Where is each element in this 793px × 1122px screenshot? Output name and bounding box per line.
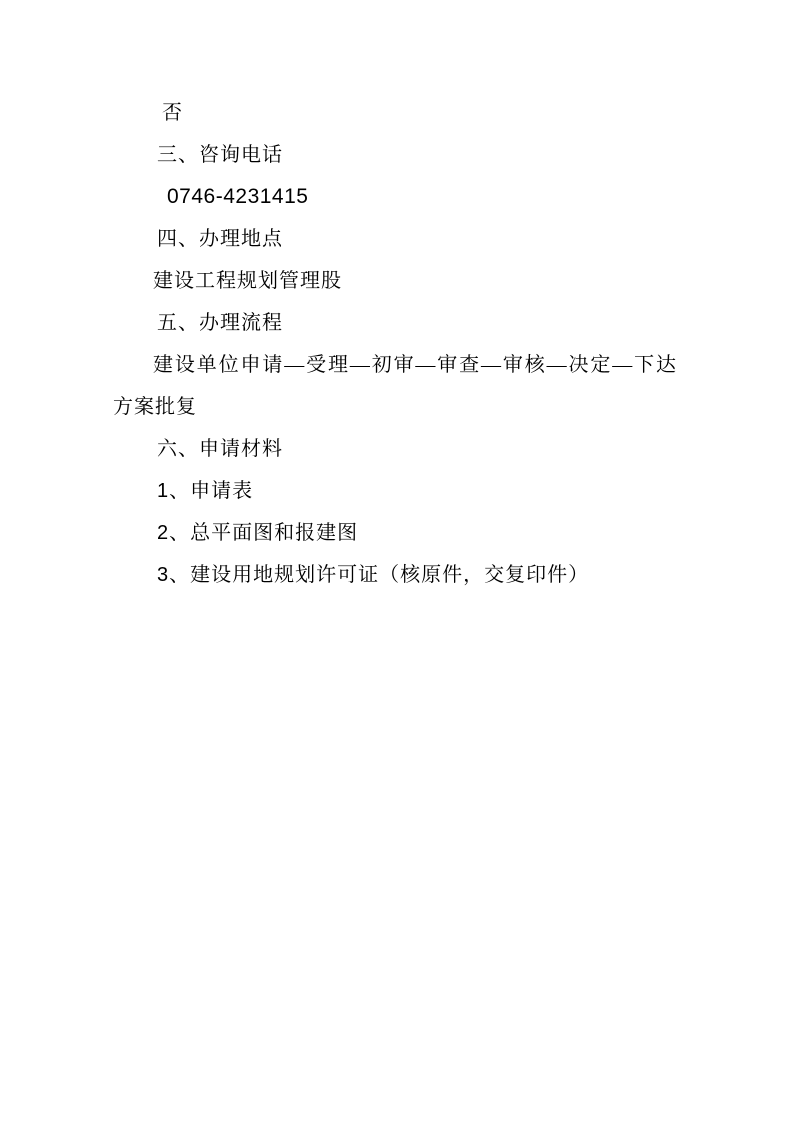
document-content: 否 三、咨询电话 0746-4231415 四、办理地点 建设工程规划管理股 五… [0,0,793,596]
material-item-2: 2、总平面图和报建图 [113,512,677,554]
office-location: 建设工程规划管理股 [113,260,677,302]
phone-number: 0746-4231415 [113,176,677,218]
process-flow: 建设单位申请—受理—初审—审查—审核—决定—下达方案批复 [113,344,677,428]
section-heading-location: 四、办理地点 [113,218,677,260]
material-item-3: 3、建设用地规划许可证（核原件，交复印件） [113,554,677,596]
section-heading-materials: 六、申请材料 [113,428,677,470]
section-heading-consult-phone: 三、咨询电话 [113,134,677,176]
section-heading-process: 五、办理流程 [113,302,677,344]
material-item-1: 1、申请表 [113,470,677,512]
answer-no: 否 [113,92,677,134]
document-page: 否 三、咨询电话 0746-4231415 四、办理地点 建设工程规划管理股 五… [0,0,793,1122]
